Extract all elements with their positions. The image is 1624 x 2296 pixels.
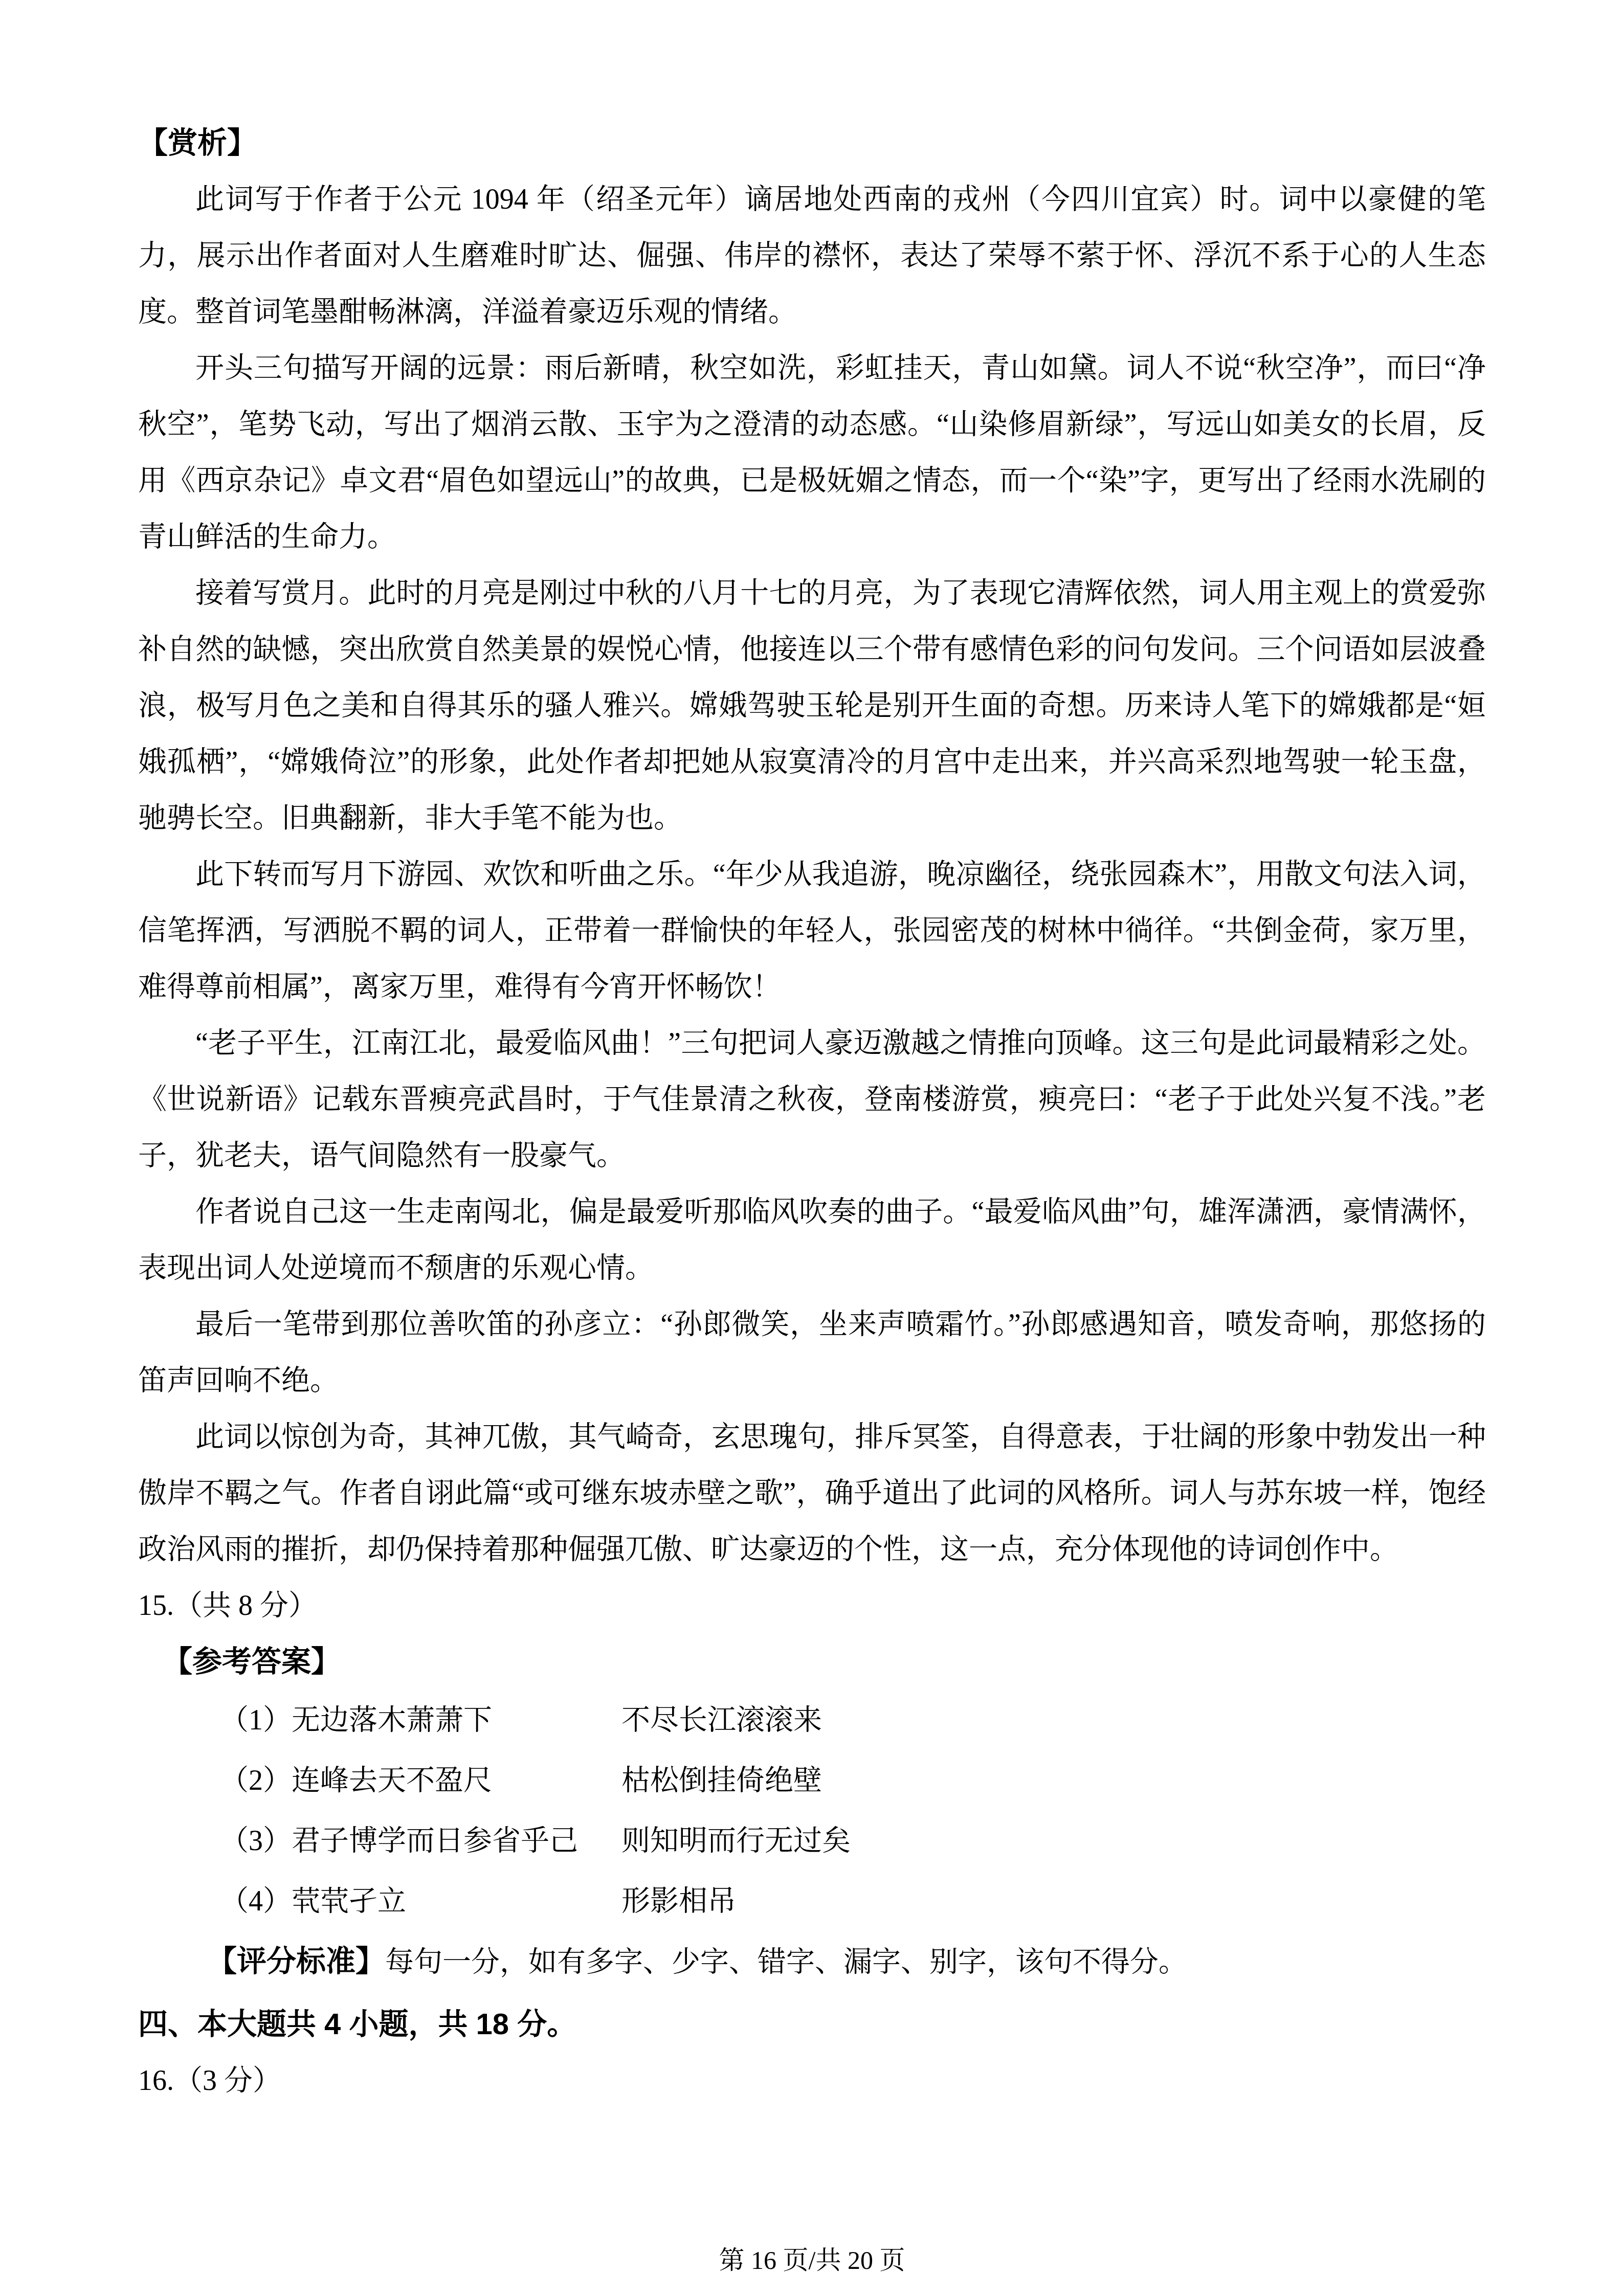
page-content: 【赏析】 此词写于作者于公元 1094 年（绍圣元年）谪居地处西南的戎州（今四川… xyxy=(0,0,1624,2109)
answer-second-part: 则知明而行无过矣 xyxy=(621,1811,851,1871)
question15-label: 15.（共 8 分） xyxy=(138,1578,1486,1634)
page-number-footer: 第 16 页/共 20 页 xyxy=(0,2240,1624,2277)
answer-second-part: 枯松倒挂倚绝壁 xyxy=(621,1750,822,1811)
answer-row-1: （1）无边落木萧萧下 不尽长江滚滚来 xyxy=(220,1690,1486,1750)
scoring-standard-text: 每句一分，如有多字、少字、错字、漏字、别字，该句不得分。 xyxy=(385,1946,1187,1978)
appreciation-paragraph-6: 作者说自己这一生走南闯北，偏是最爱听那临风吹奏的曲子。“最爱临风曲”句，雄浑潇洒… xyxy=(138,1184,1486,1296)
reference-answer-heading: 【参考答案】 xyxy=(163,1634,1486,1690)
answer-row-3: （3）君子博学而日参省乎己 则知明而行无过矣 xyxy=(220,1811,1486,1871)
question16-label: 16.（3 分） xyxy=(138,2053,1486,2109)
answer-first-part: （1）无边落木萧萧下 xyxy=(220,1690,621,1750)
answer-row-2: （2）连峰去天不盈尺 枯松倒挂倚绝壁 xyxy=(220,1750,1486,1811)
appreciation-paragraph-4: 此下转而写月下游园、欢饮和听曲之乐。“年少从我追游，晚凉幽径，绕张园森木”，用散… xyxy=(138,846,1486,1015)
scoring-standard: 【评分标准】每句一分，如有多字、少字、错字、漏字、别字，该句不得分。 xyxy=(207,1931,1486,1992)
appreciation-paragraph-7: 最后一笔带到那位善吹笛的孙彦立：“孙郎微笑，坐来声喷霜竹。”孙郎感遇知音，喷发奇… xyxy=(138,1296,1486,1409)
appreciation-paragraph-1: 此词写于作者于公元 1094 年（绍圣元年）谪居地处西南的戎州（今四川宜宾）时。… xyxy=(138,171,1486,340)
answer-second-part: 形影相吊 xyxy=(621,1871,736,1931)
appreciation-paragraph-5: “老子平生，江南江北，最爱临风曲！”三句把词人豪迈激越之情推向顶峰。这三句是此词… xyxy=(138,1015,1486,1184)
scoring-standard-label: 【评分标准】 xyxy=(207,1945,385,1978)
appreciation-paragraph-8: 此词以惊创为奇，其神兀傲，其气崎奇，玄思瑰句，排斥冥筌，自得意表，于壮阔的形象中… xyxy=(138,1409,1486,1578)
appreciation-paragraph-2: 开头三句描写开阔的远景：雨后新晴，秋空如洗，彩虹挂天，青山如黛。词人不说“秋空净… xyxy=(138,340,1486,565)
answer-row-4: （4）茕茕孑立 形影相吊 xyxy=(220,1871,1486,1931)
section4-heading: 四、本大题共 4 小题，共 18 分。 xyxy=(138,1996,1486,2053)
answer-second-part: 不尽长江滚滚来 xyxy=(621,1690,822,1750)
document-page: 【赏析】 此词写于作者于公元 1094 年（绍圣元年）谪居地处西南的戎州（今四川… xyxy=(0,0,1624,2109)
appreciation-paragraph-3: 接着写赏月。此时的月亮是刚过中秋的八月十七的月亮，为了表现它清辉依然，词人用主观… xyxy=(138,565,1486,846)
answer-first-part: （4）茕茕孑立 xyxy=(220,1871,621,1931)
answer-first-part: （2）连峰去天不盈尺 xyxy=(220,1750,621,1811)
answer-first-part: （3）君子博学而日参省乎己 xyxy=(220,1811,621,1871)
appreciation-heading: 【赏析】 xyxy=(138,115,1486,171)
